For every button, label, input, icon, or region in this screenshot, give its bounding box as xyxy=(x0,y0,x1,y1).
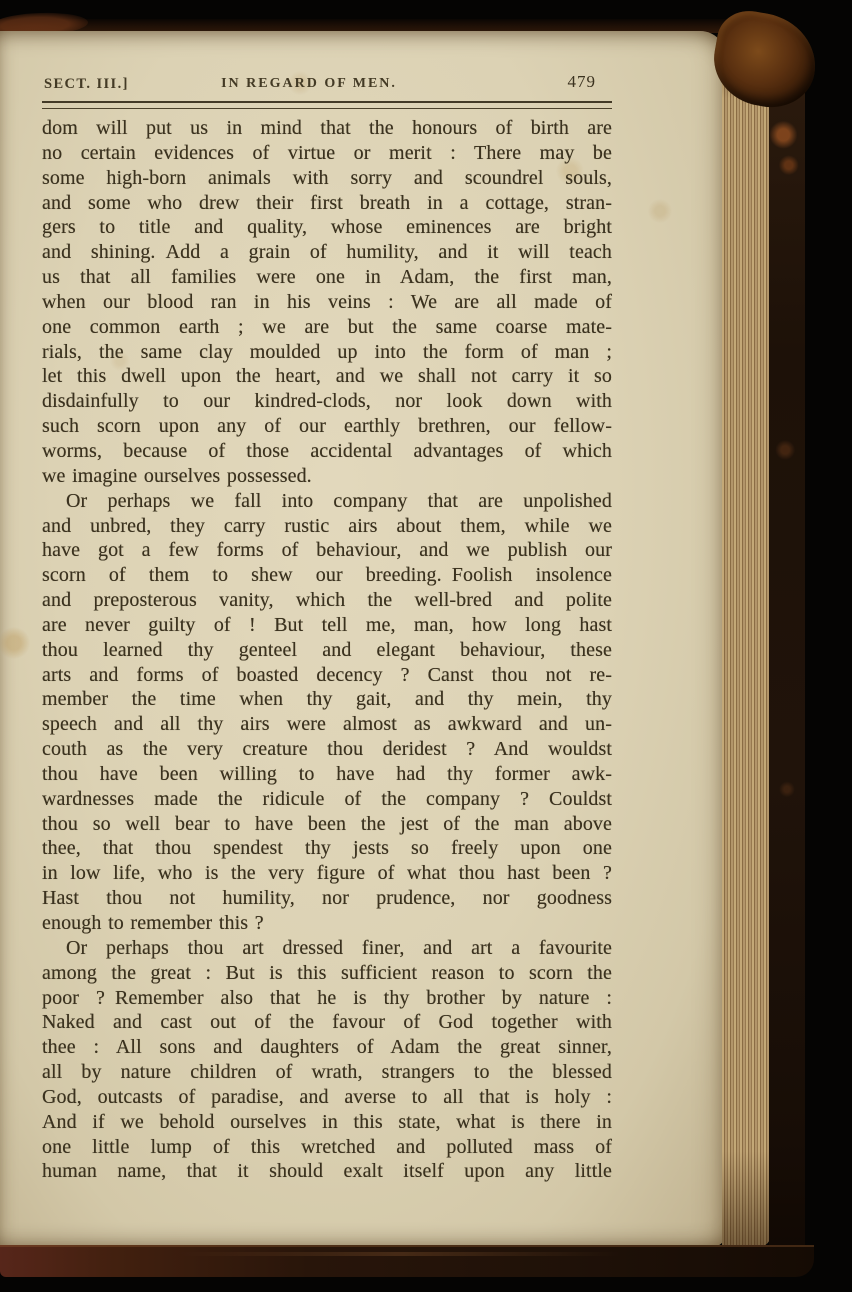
text-line: worms, because of those accidental advan… xyxy=(42,439,612,464)
text-line: gers to title and quality, whose eminenc… xyxy=(42,215,612,240)
page-header: SECT. III.] IN REGARD OF MEN. 479 xyxy=(42,72,612,94)
section-label: SECT. III.] xyxy=(44,76,129,93)
text-line: and some who drew their first breath in … xyxy=(42,191,612,216)
text-line: no certain evidences of virtue or merit … xyxy=(42,141,612,166)
text-line: have got a few forms of behaviour, and w… xyxy=(42,538,612,563)
text-line: one common earth ; we are but the same c… xyxy=(42,315,612,340)
text-line: and unbred, they carry rustic airs about… xyxy=(42,514,612,539)
text-line: in low life, who is the very figure of w… xyxy=(42,861,612,886)
text-line: rials, the same clay moulded up into the… xyxy=(42,340,612,365)
text-line: couth as the very creature thou deridest… xyxy=(42,737,612,762)
text-line: thou so well bear to have been the jest … xyxy=(42,812,612,837)
page-number: 479 xyxy=(568,72,597,92)
page-fore-edge xyxy=(722,38,772,1248)
text-line: some high-born animals with sorry and sc… xyxy=(42,166,612,191)
printed-page-content: SECT. III.] IN REGARD OF MEN. 479 dom wi… xyxy=(42,72,612,1184)
text-line: thee : All sons and daughters of Adam th… xyxy=(42,1035,612,1060)
text-line: thou learned thy genteel and elegant beh… xyxy=(42,638,612,663)
text-line: and preposterous vanity, which the well-… xyxy=(42,588,612,613)
text-line: Naked and cast out of the favour of God … xyxy=(42,1010,612,1035)
text-line: human name, that it should exalt itself … xyxy=(42,1159,612,1184)
text-line: let this dwell upon the heart, and we sh… xyxy=(42,364,612,389)
text-line: dom will put us in mind that the honours… xyxy=(42,116,612,141)
cover-board-bottom xyxy=(0,1245,814,1277)
text-line: one little lump of this wretched and pol… xyxy=(42,1135,612,1160)
text-line: poor ? Remember also that he is thy brot… xyxy=(42,986,612,1011)
body-text: dom will put us in mind that the honours… xyxy=(42,116,612,1184)
text-line: us that all families were one in Adam, t… xyxy=(42,265,612,290)
text-line: thou have been willing to have had thy f… xyxy=(42,762,612,787)
text-line: thee, that thou spendest thy jests so fr… xyxy=(42,836,612,861)
text-line: scorn of them to shew our breeding. Fool… xyxy=(42,563,612,588)
text-line: are never guilty of ! But tell me, man, … xyxy=(42,613,612,638)
running-title: IN REGARD OF MEN. xyxy=(221,76,397,92)
book-photo: SECT. III.] IN REGARD OF MEN. 479 dom wi… xyxy=(0,0,852,1292)
text-line: all by nature children of wrath, strange… xyxy=(42,1060,612,1085)
text-line: among the great : But is this sufficient… xyxy=(42,961,612,986)
text-line: speech and all thy airs were almost as a… xyxy=(42,712,612,737)
text-line: and shining. Add a grain of humility, an… xyxy=(42,240,612,265)
text-line: such scorn upon any of our earthly breth… xyxy=(42,414,612,439)
text-line: arts and forms of boasted decency ? Cans… xyxy=(42,663,612,688)
text-line: And if we behold ourselves in this state… xyxy=(42,1110,612,1135)
text-line: enough to remember this ? xyxy=(42,911,612,936)
text-line: we imagine ourselves possessed. xyxy=(42,464,612,489)
text-line: Or perhaps we fall into company that are… xyxy=(42,489,612,514)
cover-board-right xyxy=(769,50,805,1262)
text-line: when our blood ran in his veins : We are… xyxy=(42,290,612,315)
text-line: God, outcasts of paradise, and averse to… xyxy=(42,1085,612,1110)
cover-board-bottom-sheen xyxy=(180,1252,620,1256)
text-line: Or perhaps thou art dressed finer, and a… xyxy=(42,936,612,961)
text-line: member the time when thy gait, and thy m… xyxy=(42,687,612,712)
header-rule xyxy=(42,101,612,109)
text-line: wardnesses made the ridicule of the comp… xyxy=(42,787,612,812)
text-line: disdainfully to our kindred-clods, nor l… xyxy=(42,389,612,414)
text-line: Hast thou not humility, nor prudence, no… xyxy=(42,886,612,911)
